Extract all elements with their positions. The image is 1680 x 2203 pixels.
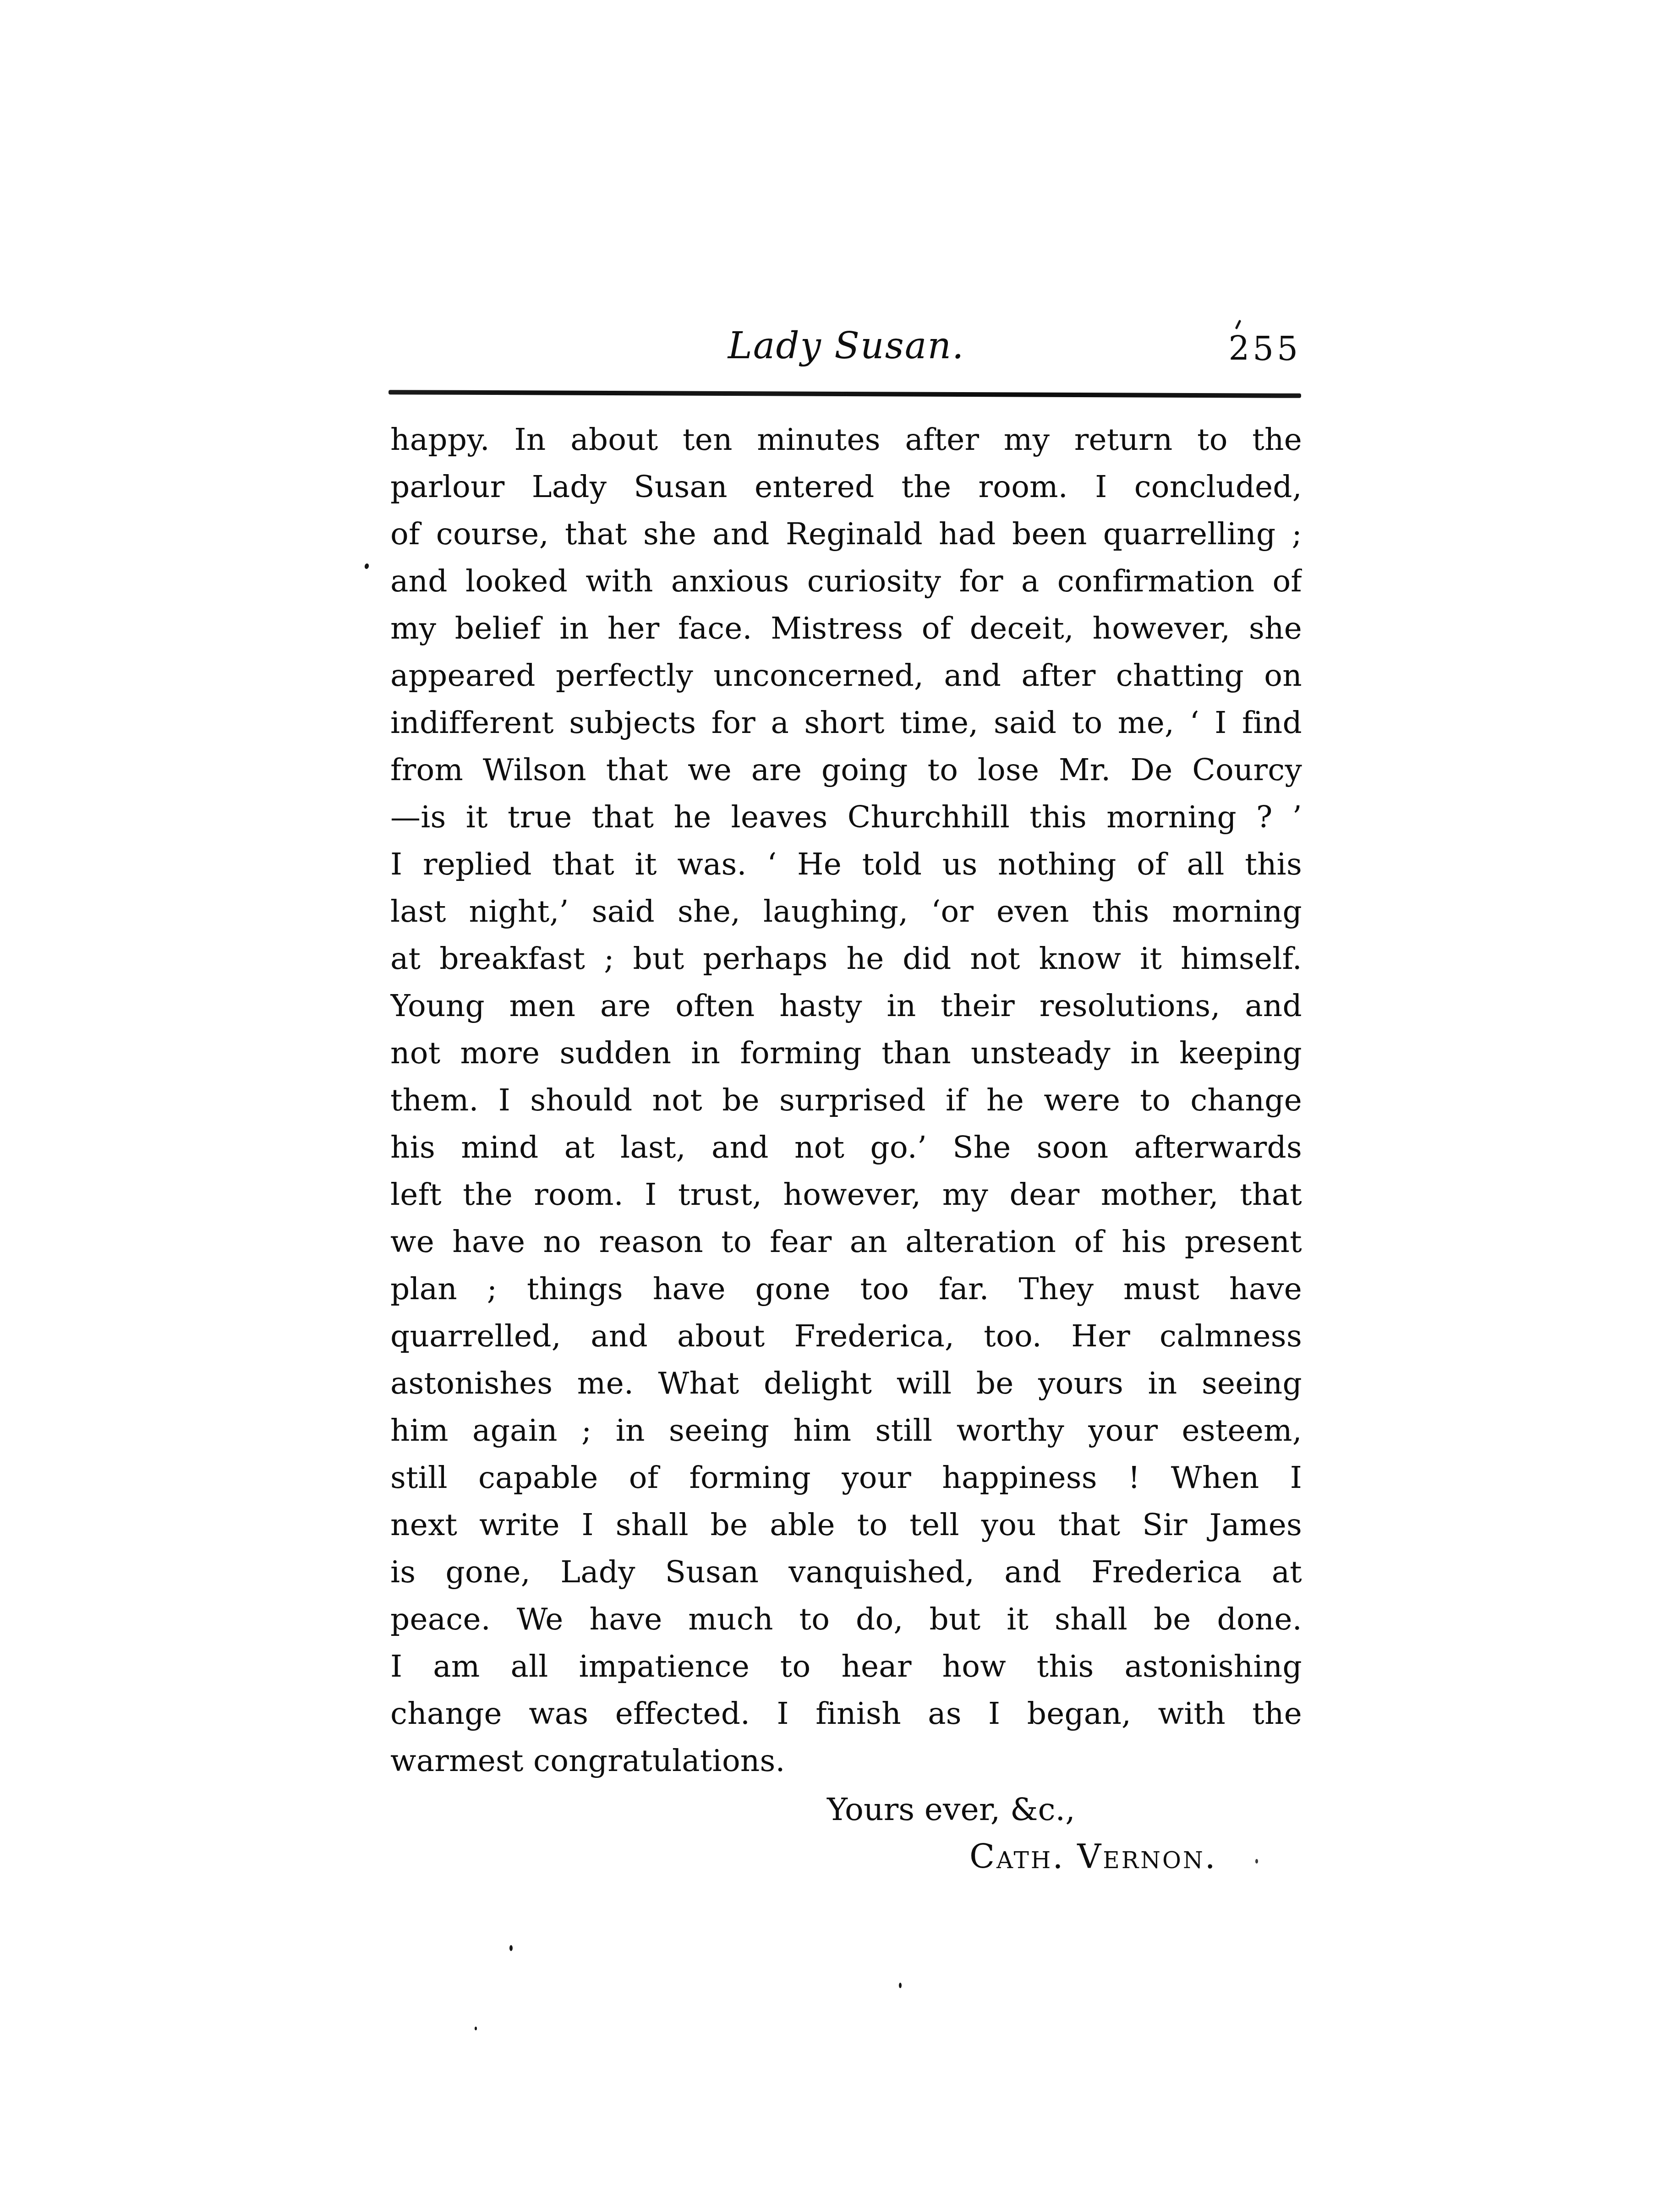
text-line: his mind at last, and not go.’ She soon …: [390, 1124, 1302, 1171]
signature-name: Cath. Vernon.: [969, 1835, 1217, 1879]
ink-speck: [364, 563, 370, 569]
page-number: 255: [1182, 323, 1301, 374]
text-line: him again ; in seeing him still worthy y…: [390, 1407, 1302, 1454]
text-line: appeared perfectly unconcerned, and afte…: [390, 652, 1302, 699]
text-line: at breakfast ; but perhaps he did not kn…: [390, 935, 1302, 982]
text-line: last night,’ said she, laughing, ‘or eve…: [390, 888, 1302, 935]
text-line: change was effected. I finish as I began…: [390, 1690, 1302, 1737]
text-line: of course, that she and Reginald had bee…: [390, 510, 1302, 558]
text-line: happy. In about ten minutes after my ret…: [390, 416, 1302, 463]
book-page: Lady Susan. 255 happy. In about ten minu…: [0, 0, 1680, 2203]
text-line: quarrelled, and about Frederica, too. He…: [390, 1312, 1302, 1360]
text-line: indifferent subjects for a short time, s…: [390, 699, 1302, 746]
text-line: we have no reason to fear an alteration …: [390, 1218, 1302, 1265]
text-line: still capable of forming your happiness …: [390, 1454, 1302, 1501]
text-line: warmest congratulations.: [390, 1737, 1302, 1784]
text-line: my belief in her face. Mistress of decei…: [390, 605, 1302, 652]
text-line: is gone, Lady Susan vanquished, and Fred…: [390, 1548, 1302, 1596]
header-rule: [389, 390, 1301, 398]
text-line: I replied that it was. ‘ He told us noth…: [390, 841, 1302, 888]
text-line: next write I shall be able to tell you t…: [390, 1501, 1302, 1548]
body-text: happy. In about ten minutes after my ret…: [390, 416, 1302, 1784]
text-line: —is it true that he leaves Churchhill th…: [390, 793, 1302, 841]
text-line: from Wilson that we are going to lose Mr…: [390, 746, 1302, 793]
text-line: and looked with anxious curiosity for a …: [390, 558, 1302, 605]
text-line: not more sudden in forming than unsteady…: [390, 1029, 1302, 1077]
ink-speck: [509, 1945, 513, 1951]
ink-speck: [1255, 1859, 1258, 1864]
text-line: them. I should not be surprised if he we…: [390, 1077, 1302, 1124]
ink-speck: [475, 2027, 477, 2030]
text-line: astonishes me. What delight will be your…: [390, 1360, 1302, 1407]
text-line: I am all impatience to hear how this ast…: [390, 1643, 1302, 1690]
ink-speck: [899, 1983, 902, 1988]
signature-valediction: Yours ever, &c.,: [827, 1788, 1075, 1831]
text-line: Young men are often hasty in their resol…: [390, 982, 1302, 1029]
text-line: plan ; things have gone too far. They mu…: [390, 1265, 1302, 1312]
text-line: parlour Lady Susan entered the room. I c…: [390, 463, 1302, 510]
text-line: peace. We have much to do, but it shall …: [390, 1596, 1302, 1643]
text-line: left the room. I trust, however, my dear…: [390, 1171, 1302, 1218]
running-title: Lady Susan.: [390, 321, 1302, 371]
